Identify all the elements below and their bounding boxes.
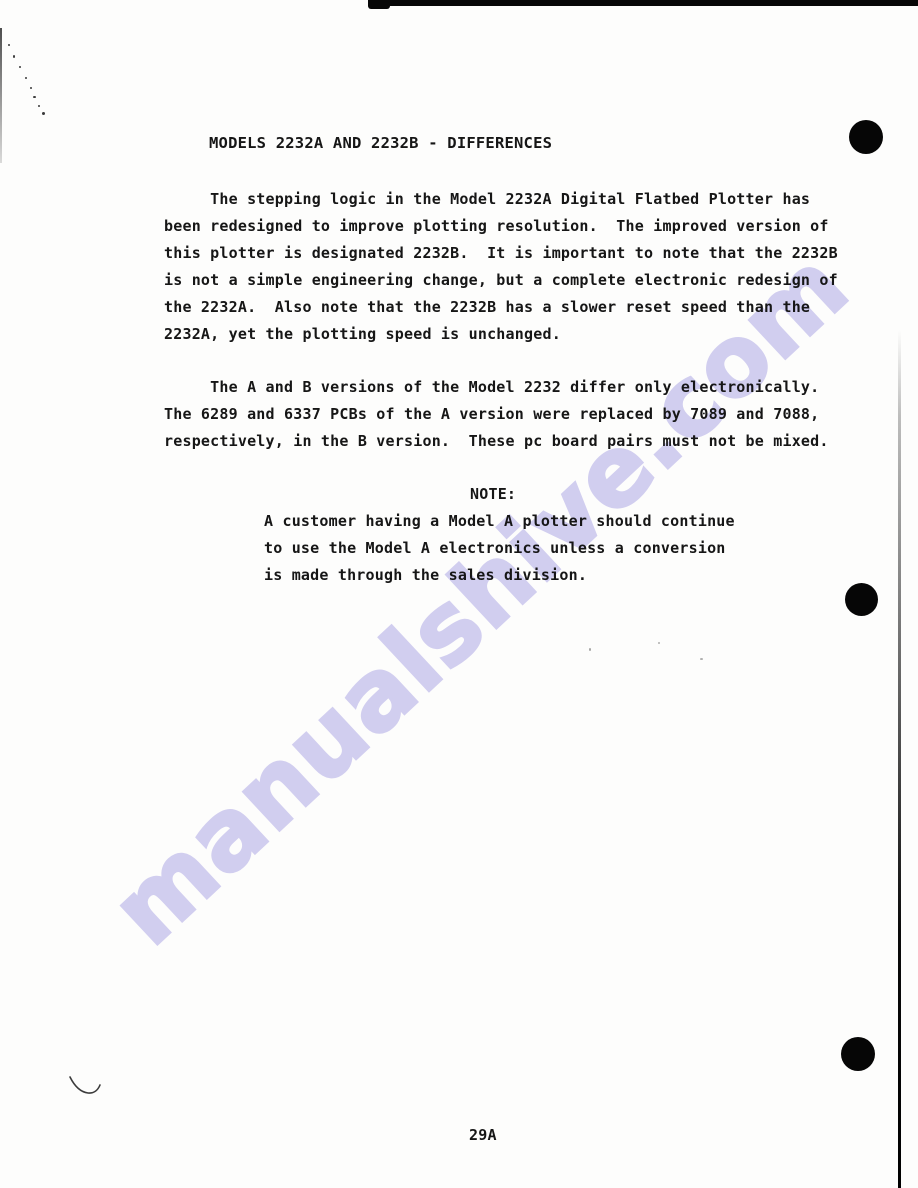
- page-title: MODELS 2232A AND 2232B - DIFFERENCES: [209, 130, 552, 157]
- scan-speckle: [25, 77, 27, 79]
- scan-speckle: [42, 112, 45, 115]
- scan-speckle: [8, 44, 10, 46]
- scan-speckle: [38, 105, 40, 107]
- scan-top-edge-blob: [368, 0, 390, 9]
- document-page: manualshive.com MODELS 2232A AND 2232B -…: [0, 0, 918, 1188]
- paragraph-2: The A and B versions of the Model 2232 d…: [164, 374, 829, 455]
- punch-hole-dot-bottom: [841, 1037, 875, 1071]
- punch-hole-dot-top: [849, 120, 883, 154]
- scan-left-edge-line: [0, 28, 2, 163]
- pen-mark: [66, 1074, 104, 1100]
- punch-hole-dot-middle: [845, 583, 878, 616]
- scan-speckle: [700, 658, 703, 660]
- paragraph-1: The stepping logic in the Model 2232A Di…: [164, 186, 838, 348]
- scan-speckle: [658, 642, 660, 644]
- page-number: 29A: [469, 1122, 497, 1149]
- scan-right-edge-line: [898, 330, 901, 1188]
- scan-speckle: [33, 96, 36, 98]
- scan-speckle: [589, 648, 591, 651]
- scan-top-edge-bar: [368, 0, 918, 6]
- note-body: A customer having a Model A plotter shou…: [264, 508, 735, 589]
- scan-speckle: [19, 66, 21, 68]
- scan-speckle: [30, 87, 32, 89]
- note-label: NOTE:: [470, 481, 516, 508]
- scan-speckle: [13, 55, 15, 58]
